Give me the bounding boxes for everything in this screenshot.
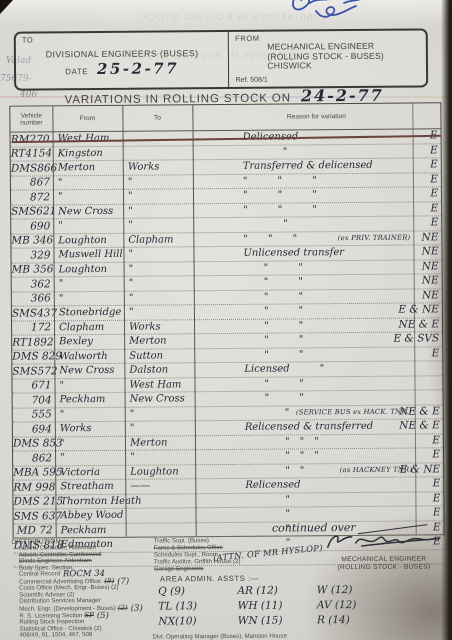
from-line: CHISWICK [267,60,426,71]
reason-cell: " "(as HACKNEY TNR)E & NE [195,463,443,478]
distribution-item-text: Distribution Services Manager [19,597,100,605]
date-label: DATE [65,67,88,76]
handwritten-annotation: (3) [131,603,143,613]
to-cell: " [124,307,194,319]
reason-text: " " [245,391,304,405]
to-cell: Loughton [125,466,195,478]
vehicle-number: SMS437 [12,307,54,319]
reason-cell: " "E & SVS [194,332,442,347]
to-cell: Merton [125,437,195,449]
reason-text: Relicensed & transferred [245,420,373,435]
reason-cell: " "NE [194,289,442,304]
from-cell: " [54,278,124,290]
reason-text: Licensed " [244,362,324,376]
from-cell: Abbey Wood [55,510,125,522]
status-code: E [433,492,441,506]
to-cell: " [125,408,195,420]
from-cell: Victoria [55,467,125,479]
vehicle-number: 704 [13,394,55,406]
from-cell: " [53,220,123,232]
vehicle-number: DMS 829 [12,351,54,363]
reason-text: " " " [243,203,317,217]
vehicle-number: MBA 595 [13,467,55,479]
from-cell: New Cross [54,365,124,377]
vehicle-number: RT4154 [11,148,53,160]
vehicle-number: MD 72 [14,525,56,537]
reason-cell: " "NE [194,274,442,289]
to-value: DIVISIONAL ENGINEERS (BUSES) [16,48,228,60]
reason-text: Delicensed [243,130,299,144]
reason-cell: " " "E [193,202,441,217]
from-label: FROM [235,34,260,43]
to-cell [123,138,193,139]
distribution-block: DISTRIBUTION Advert. Controller, Aldenha… [12,539,158,640]
reason-cell: " "E & NE [194,303,442,318]
scanned-document-page: VARIATIONS IN ROLLING STOCK VARIATIONS I… [0,0,452,640]
from-cell: Kingston [53,148,123,160]
from-cell: " [53,177,123,189]
to-cell: " [124,292,194,304]
to-cell: —— [125,480,195,492]
to-cell: " [123,176,193,188]
reason-cell: Relicensed & transferredNE & E [195,419,443,434]
from-cell: Muswell Hill [53,249,123,261]
to-cell: Dalston [124,364,194,376]
distribution-item-text: Central Record [19,571,60,578]
handwritten-annotation: (5) [97,611,109,621]
area-admin-title: AREA ADMIN. ASSTS :— [160,574,259,584]
scan-dark-edge [441,0,452,640]
reason-cell: Unlicensed transferNE [193,245,441,260]
vehicle-number: RM 998 [13,481,55,493]
vehicle-number: 555 [13,409,55,421]
status-code: E & NE [400,463,441,477]
from-cell: Merton [53,162,123,174]
reason-cell: " " [194,376,442,391]
from-cell: " [53,191,123,203]
reason-cell: " " "E [193,173,441,188]
from-cell: " [54,380,124,392]
col-header-reason: Reason for variation [192,112,440,121]
from-cell: " [54,293,124,305]
distribution-item: 408/49, 91, 1504, 467, 508 [12,632,157,640]
from-cell: New Cross [53,206,123,218]
status-code: E [432,448,440,462]
to-cell: " [125,422,195,434]
scan-smudge [302,510,452,640]
reason-cell: DelicensedE [193,129,441,144]
vehicle-number: SMS621 [11,206,53,218]
vehicle-number: 362 [12,278,54,290]
handwritten-annotation: (7) [117,576,129,586]
from-cell: " [55,409,125,421]
to-cell: West Ham [124,379,194,391]
from-cell: Loughton [53,235,123,247]
reason-text: " " " [243,188,317,202]
reason-cell: " "NE [194,260,442,275]
reason-text: " " [245,464,304,478]
reason-text: Relicensed [245,478,300,492]
vehicle-number: RT1892 [12,336,54,348]
reason-cell: " " [195,390,443,405]
distribution-list: Advert. Controller, AldenhamAdvert. Cont… [12,545,158,639]
col-header-vehicle: Vehicle number [10,112,52,126]
traffic-item: Garage Engineers [154,565,304,573]
reason-text: " " [244,261,303,275]
reason-cell: Licensed " [194,361,442,376]
reason-cell: " "E [194,347,442,362]
vehicle-number: 366 [12,293,54,305]
to-cell: " [124,278,194,290]
reason-cell: "E [195,492,443,507]
from-cell: " [55,438,125,450]
to-cell: Clapham [123,234,193,246]
to-label: TO [22,36,34,45]
status-code: E [430,129,438,143]
col-header-from: From [52,115,122,123]
to-cell: " [123,191,193,203]
from-cell: Thornton Heath [55,496,125,508]
reason-text: " [243,145,288,159]
reason-text: " [243,218,288,232]
from-cell: Peckham [55,394,125,406]
bottom-cutoff-line: Divl. Operating Manager (Buses), Mansion… [152,633,287,640]
from-cell: Peckham [56,525,126,537]
reason-text: Unlicensed transfer [243,246,344,260]
reason-text: " " [244,275,303,289]
struck-annotation: SP [84,611,94,619]
reason-text: " " [244,333,303,347]
from-cell: Works [55,423,125,435]
vehicle-number: 172 [12,322,54,334]
table-body: RM270West HamDelicensedERT4154Kingston "… [11,129,444,567]
to-cell: Merton [124,336,194,348]
vehicle-number: MB 356 [12,264,54,276]
reason-text: " [245,493,290,507]
reason-text: " " " [243,232,297,246]
header-from-panel: FROM MECHANICAL ENGINEER (ROLLING STOCK … [229,30,426,87]
distribution-item-text: 408/49, 91, 1504, 467, 508 [19,631,92,639]
struck-annotation: (2) [118,603,128,611]
reason-text: " " [244,319,303,333]
reason-annotation: (SERVICE BUS ex HACK. TNR.) [296,408,412,417]
reason-text: " " [244,348,303,362]
to-cell [123,153,193,154]
scan-dark-corner [0,0,13,14]
to-cell: " [125,451,195,463]
header-box: TO DIVISIONAL ENGINEERS (BUSES) DATE25-2… [14,28,428,90]
reason-text: " " " [243,174,317,188]
reason-cell: " " "E [193,187,441,202]
header-to-panel: TO DIVISIONAL ENGINEERS (BUSES) DATE25-2… [16,32,230,89]
from-cell: Bexley [54,336,124,348]
area-admin-cell: NX(10) [158,615,237,628]
to-cell [126,529,196,530]
reason-cell: Transferred & delicensedE [193,158,441,173]
vehicle-number: SMS 637 [13,510,55,522]
vehicle-number: DMS 215 [13,496,55,508]
reason-cell: "(SERVICE BUS ex HACK. TNR.)NE & E [195,405,443,420]
to-cell: " [123,249,193,261]
reason-cell: " "NE & E [194,318,442,333]
status-code: E [433,477,441,491]
reason-cell: RelicensedE [195,477,443,492]
vehicle-number: 671 [12,380,54,392]
to-cell [126,515,196,516]
reason-text: " [245,406,290,420]
reason-cell: "E [193,144,441,159]
reason-cell: " " "E [195,434,443,449]
vehicle-number: DMS 853 [13,438,55,450]
reason-text: " " " [245,435,319,449]
to-cell: " [123,220,193,232]
area-admin-cell: TL (13) [158,600,237,613]
to-cell: New Cross [125,393,195,405]
to-cell: " [123,205,193,217]
reason-text: " " [244,377,303,391]
reason-text: " " [244,290,303,304]
table-header-row: Vehicle number From To Reason for variat… [10,103,440,132]
variations-table: Vehicle number From To Reason for variat… [9,102,444,538]
col-header-to: To [122,114,192,122]
vehicle-number: SMS572 [12,365,54,377]
traffic-item-text: Garage Engineers [154,565,204,572]
reason-cell: " " "(ex PRIV. TRAINER)NE [193,231,441,246]
from-cell: Clapham [54,322,124,334]
vehicle-number: RM270 [11,133,53,145]
status-code: E [430,144,438,158]
from-cell: Streatham [55,481,125,493]
vehicle-number: 867 [11,177,53,189]
reason-text: " " [244,304,303,318]
date-value-handwritten: 25-2-77 [97,59,179,78]
vehicle-number: 872 [11,191,53,203]
from-cell: West Ham [53,133,123,145]
area-admin-cell: Q (9) [158,585,237,598]
reason-text: Transferred & delicensed [243,159,373,174]
to-cell: Works [123,162,193,174]
vehicle-number: 862 [13,452,55,464]
vehicle-number: 690 [11,220,53,232]
to-cell: Works [124,321,194,333]
from-cell: Walworth [54,351,124,363]
vehicle-number: 329 [11,249,53,261]
reason-text: " " " [245,449,319,463]
vehicle-number: 694 [13,423,55,435]
reason-annotation: (ex PRIV. TRAINER) [338,234,411,243]
ref-number: Ref. 508/1 [235,77,267,84]
to-cell: " [124,263,194,275]
vehicle-number: MB 346 [11,235,53,247]
from-cell: Loughton [54,264,124,276]
reason-cell: "E [193,216,441,231]
reason-cell: " " "E [195,448,443,463]
to-cell: Sutton [124,350,194,362]
from-cell: Stonebridge [54,307,124,319]
reason-text: " [245,508,290,522]
vehicle-number: DMS866 [11,162,53,174]
from-cell: " [55,452,125,464]
